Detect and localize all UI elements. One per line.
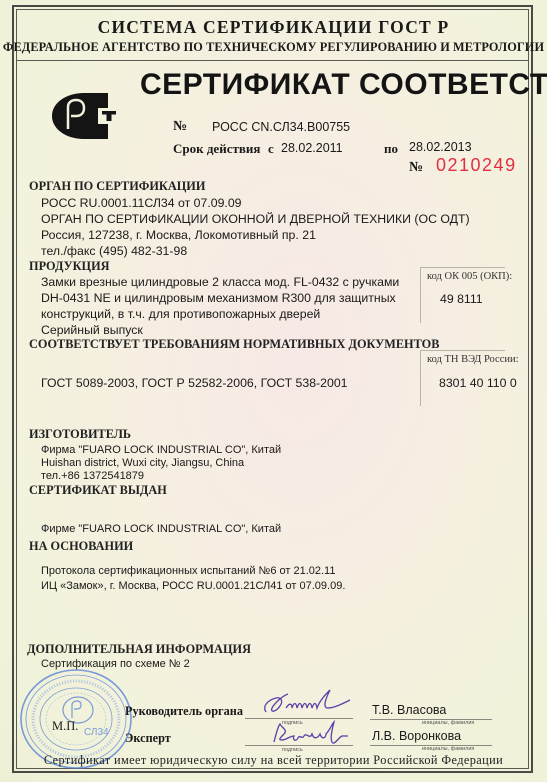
system-title: СИСТЕМА СЕРТИФИКАЦИИ ГОСТ Р [0,17,547,38]
okp-code-value: 49 8111 [440,292,483,306]
basis-test-center: ИЦ «Замок», г. Москва, РОСС RU.0001.21СЛ… [41,580,345,594]
legal-validity-footer: Сертификат имеет юридическую силу на все… [0,753,547,768]
stamp-code-text: СЛ34 [84,727,109,738]
okp-code-label: код ОК 005 (ОКП): [427,271,512,282]
manufacturer-name: Фирма "FUARO LOCK INDUSTRIAL CO", Китай [41,444,281,458]
section-heading-basis: НА ОСНОВАНИИ [29,539,133,554]
head-of-body-name: Т.В. Власова [372,703,446,717]
expert-name-caption: инициалы, фамилия [422,746,474,752]
certification-body-name: ОРГАН ПО СЕРТИФИКАЦИИ ОКОННОЙ И ДВЕРНОЙ … [41,212,470,228]
form-number-sign: № [409,160,423,176]
section-heading-issued-to: СЕРТИФИКАТ ВЫДАН [29,483,167,498]
issued-to-value: Фирме "FUARO LOCK INDUSTRIAL CO", Китай [41,523,281,537]
product-line-3: конструкций, в т.ч. для противопожарных … [41,307,320,323]
manufacturer-address: Huishan district, Wuxi city, Jiangsu, Ch… [41,457,244,471]
section-heading-additional-info: ДОПОЛНИТЕЛЬНАЯ ИНФОРМАЦИЯ [27,642,251,657]
section-heading-product: ПРОДУКЦИЯ [29,259,110,274]
certification-body-registration: РОСС RU.0001.11СЛ34 от 07.09.09 [41,196,242,212]
head-name-caption: инициалы, фамилия [422,720,474,726]
section-heading-certification-body: ОРГАН ПО СЕРТИФИКАЦИИ [29,179,205,194]
certification-body-address: Россия, 127238, г. Москва, Локомотивный … [41,228,316,244]
certificate-number: РОСС CN.СЛ34.В00755 [212,120,350,134]
valid-to-date: 28.02.2013 [409,140,472,154]
rst-logo-icon [50,91,118,141]
product-line-2: DH-0431 NE и цилиндровым механизмом R300… [41,291,396,307]
head-signature-icon [258,686,353,720]
validity-to-label: по [384,141,398,157]
form-serial-number: 0210249 [436,155,517,176]
okp-code-box: код ОК 005 (ОКП): 49 8111 [420,267,505,323]
section-heading-compliance: СООТВЕТСТВУЕТ ТРЕБОВАНИЯМ НОРМАТИВНЫХ ДО… [29,337,439,352]
head-of-body-label: Руководитель органа [125,704,243,719]
header-divider [16,60,529,61]
expert-name: Л.В. Воронкова [372,729,461,743]
seal-label: М.П. [52,719,78,734]
certification-body-phone: тел./факс (495) 482-31-98 [41,244,187,260]
basis-protocol: Протокола сертификационных испытаний №6 … [41,565,335,579]
manufacturer-phone: тел.+86 1372541879 [41,470,144,484]
document-title: СЕРТИФИКАТ СООТВЕТСТВИЯ [140,68,547,102]
valid-from-date: 28.02.2011 [281,141,343,155]
validity-label: Срок действия [173,141,260,157]
expert-signature-icon [268,718,358,748]
product-line-1: Замки врезные цилиндровые 2 класса мод. … [41,275,399,291]
expert-label: Эксперт [125,731,171,746]
compliance-standards: ГОСТ 5089-2003, ГОСТ Р 52582-2006, ГОСТ … [41,376,348,392]
number-sign: № [173,119,187,135]
tnved-code-box: код ТН ВЭД России: 8301 40 110 0 [420,350,505,406]
tnved-code-value: 8301 40 110 0 [439,376,517,390]
agency-name: ФЕДЕРАЛЬНОЕ АГЕНТСТВО ПО ТЕХНИЧЕСКОМУ РЕ… [0,40,547,55]
section-heading-manufacturer: ИЗГОТОВИТЕЛЬ [29,427,131,442]
validity-from-label: с [268,141,274,157]
tnved-code-label: код ТН ВЭД России: [427,354,519,365]
